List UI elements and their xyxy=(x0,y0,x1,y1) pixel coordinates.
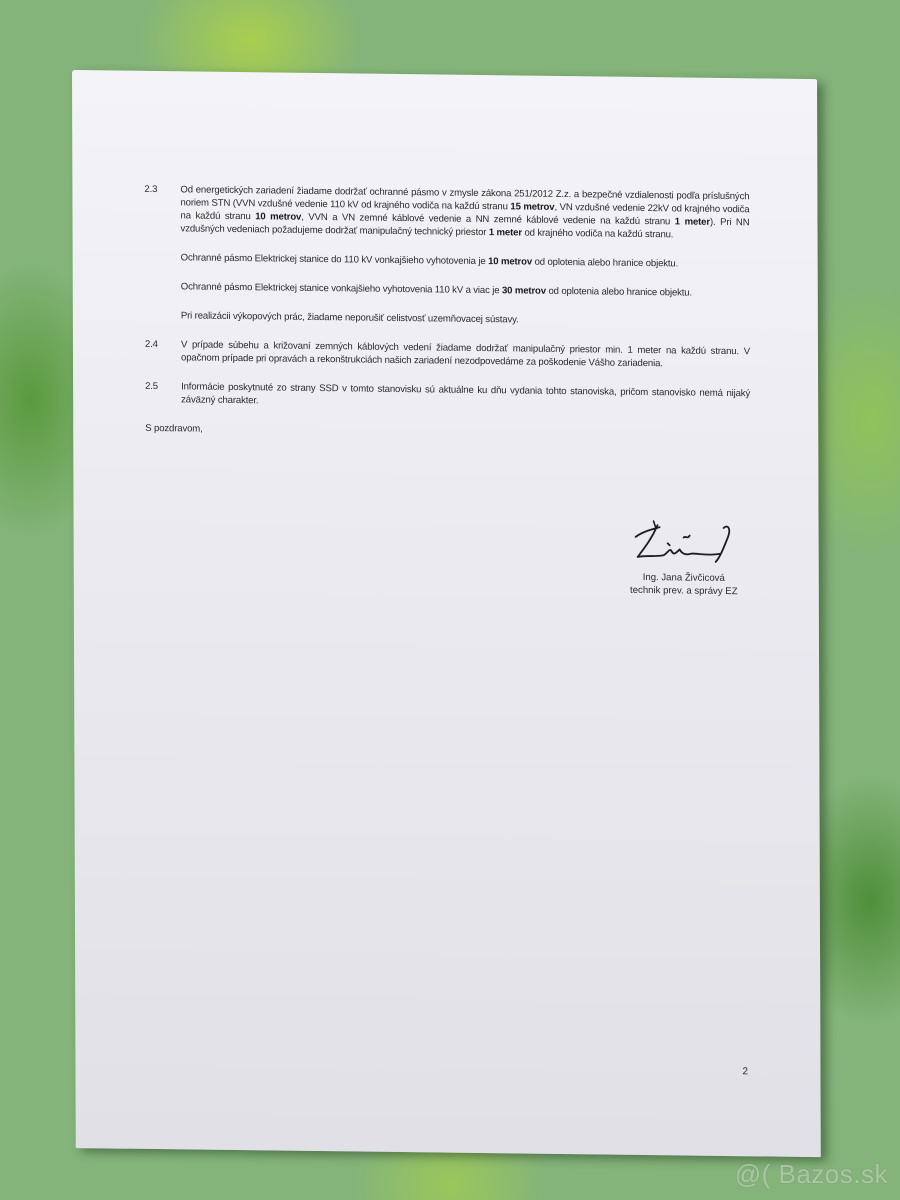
section-2-3: 2.3Od energetických zariadení žiadame do… xyxy=(144,183,749,242)
text-run: Ochranné pásmo Elektrickej stanice do 11… xyxy=(181,252,488,267)
section-2-4: 2.4V prípade súbehu a križovaní zemných … xyxy=(145,338,750,371)
handwritten-signature-icon xyxy=(624,517,744,568)
document-content: 2.3Od energetických zariadení žiadame do… xyxy=(72,70,821,1157)
emphasized-text: 10 metrov xyxy=(255,211,301,223)
subparagraph: Pri realizácii výkopových prác, žiadame … xyxy=(181,309,750,329)
section-number: 2.4 xyxy=(145,338,181,364)
subparagraph: Ochranné pásmo Elektrickej stanice vonka… xyxy=(181,280,750,300)
page-number: 2 xyxy=(742,1066,748,1077)
text-run: od krajného vodiča na každú stranu. xyxy=(522,227,673,240)
section-number: 2.3 xyxy=(144,183,180,235)
text-run: Ochranné pásmo Elektrickej stanice vonka… xyxy=(181,281,502,296)
closing-greeting: S pozdravom, xyxy=(145,422,750,442)
watermark: @( Bazos.sk xyxy=(735,1159,888,1190)
section-text: Informácie poskytnuté zo strany SSD v to… xyxy=(181,380,750,413)
emphasized-text: 30 metrov xyxy=(502,285,546,297)
signatory-title: technik prev. a správy EZ xyxy=(599,583,769,598)
signature-block: Ing. Jana Živčicová technik prev. a sprá… xyxy=(599,516,769,598)
text-run: Pri realizácii výkopových prác, žiadame … xyxy=(181,310,519,325)
emphasized-text: 1 meter xyxy=(489,227,522,238)
emphasized-text: 15 metrov xyxy=(510,201,554,213)
emphasized-text: 1 meter xyxy=(675,216,710,227)
section-text: V prípade súbehu a križovaní zemných káb… xyxy=(181,338,750,371)
text-run: V prípade súbehu a križovaní zemných káb… xyxy=(181,339,750,369)
text-run: od oplotenia alebo hranice objektu. xyxy=(546,286,692,299)
text-run: od oplotenia alebo hranice objektu. xyxy=(532,257,678,270)
section-number: 2.5 xyxy=(145,380,181,406)
text-run: Informácie poskytnuté zo strany SSD v to… xyxy=(181,381,750,406)
emphasized-text: 10 metrov xyxy=(488,256,532,268)
section-text: Od energetických zariadení žiadame dodrž… xyxy=(180,183,749,242)
subparagraph: Ochranné pásmo Elektrickej stanice do 11… xyxy=(181,251,750,271)
section-2-5: 2.5Informácie poskytnuté zo strany SSD v… xyxy=(145,380,750,413)
sections-container: 2.3Od energetických zariadení žiadame do… xyxy=(144,183,750,442)
